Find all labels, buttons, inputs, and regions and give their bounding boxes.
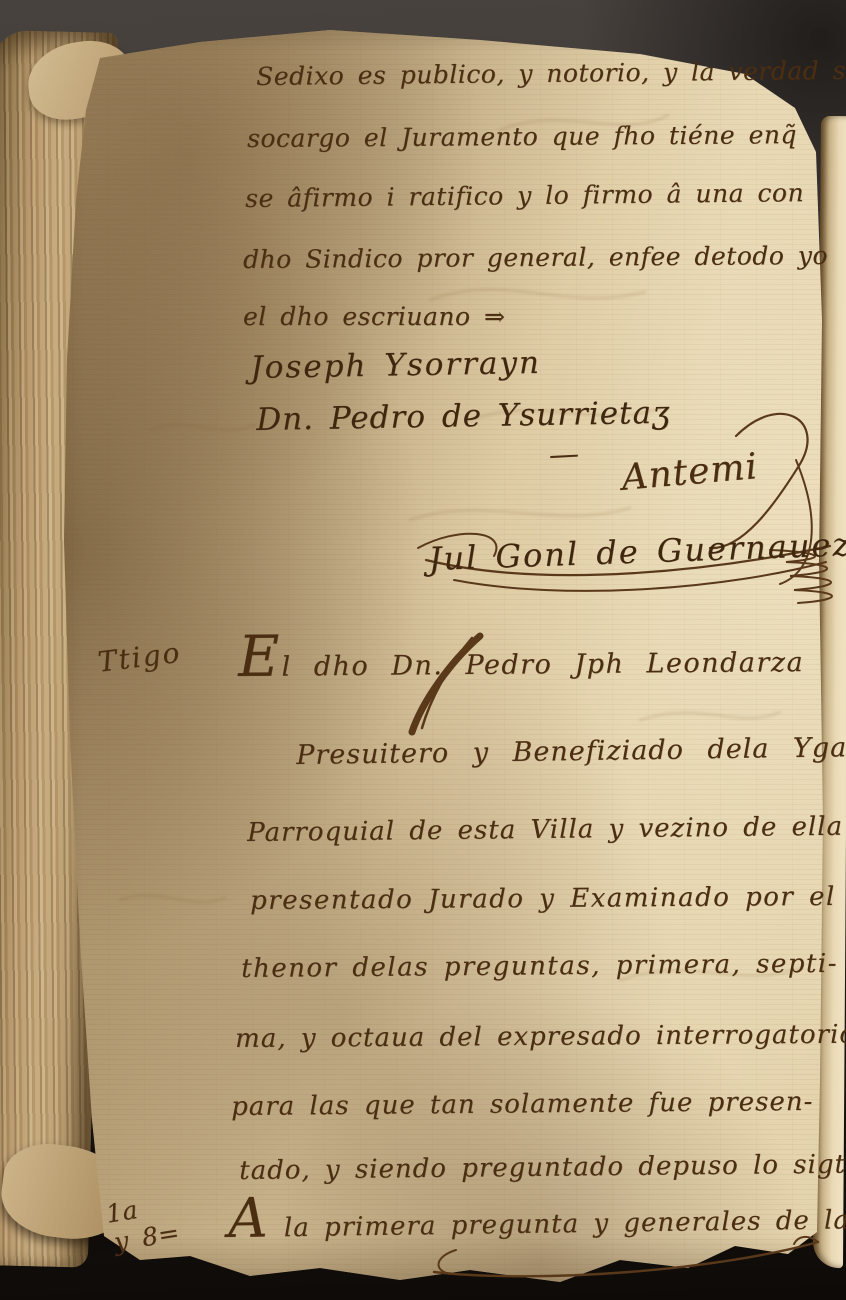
escribano-rubric-flourish xyxy=(398,398,846,643)
signature-joseph-ysorrayn: Joseph Ysorrayn xyxy=(250,345,541,386)
manuscript-line: thenor delas preguntas, primera, septi- xyxy=(241,949,838,984)
manuscript-line: ma, y octaua del expresado interrogatori… xyxy=(235,1020,846,1054)
manuscript-line: tado, y siendo preguntado depuso lo sigt… xyxy=(239,1149,846,1186)
manuscript-line: Sedixo es publico, y notorio, y la verda… xyxy=(256,56,846,91)
manuscript-line: para las que tan solamente fue presen- xyxy=(231,1087,813,1122)
manuscript-line: se âfirmo i ratifico y lo firmo â una co… xyxy=(245,178,804,213)
separator-dash: — xyxy=(548,436,580,473)
photo-background: Sedixo es publico, y notorio, y la verda… xyxy=(0,0,846,1300)
manuscript-line: presentado Jurado y Examinado por el xyxy=(250,882,836,916)
initial-stroke-flourish xyxy=(398,628,490,740)
signature-pedro-ysurrieta: Dn. Pedro de Ysurrietaʒ xyxy=(256,395,671,438)
manuscript-line: el dho escriuano ⇒ xyxy=(243,302,505,331)
manuscript-line: El dho Dn. Pedro Jph Leondarza xyxy=(238,647,804,683)
manuscript-line: dho Sindico pror general, enfee detodo y… xyxy=(243,241,828,274)
manuscript-line: socargo el Juramento que fho tiéne enq̃ xyxy=(247,120,797,153)
manuscript-line: Parroquial de esta Villa y vezino de ell… xyxy=(247,812,843,848)
